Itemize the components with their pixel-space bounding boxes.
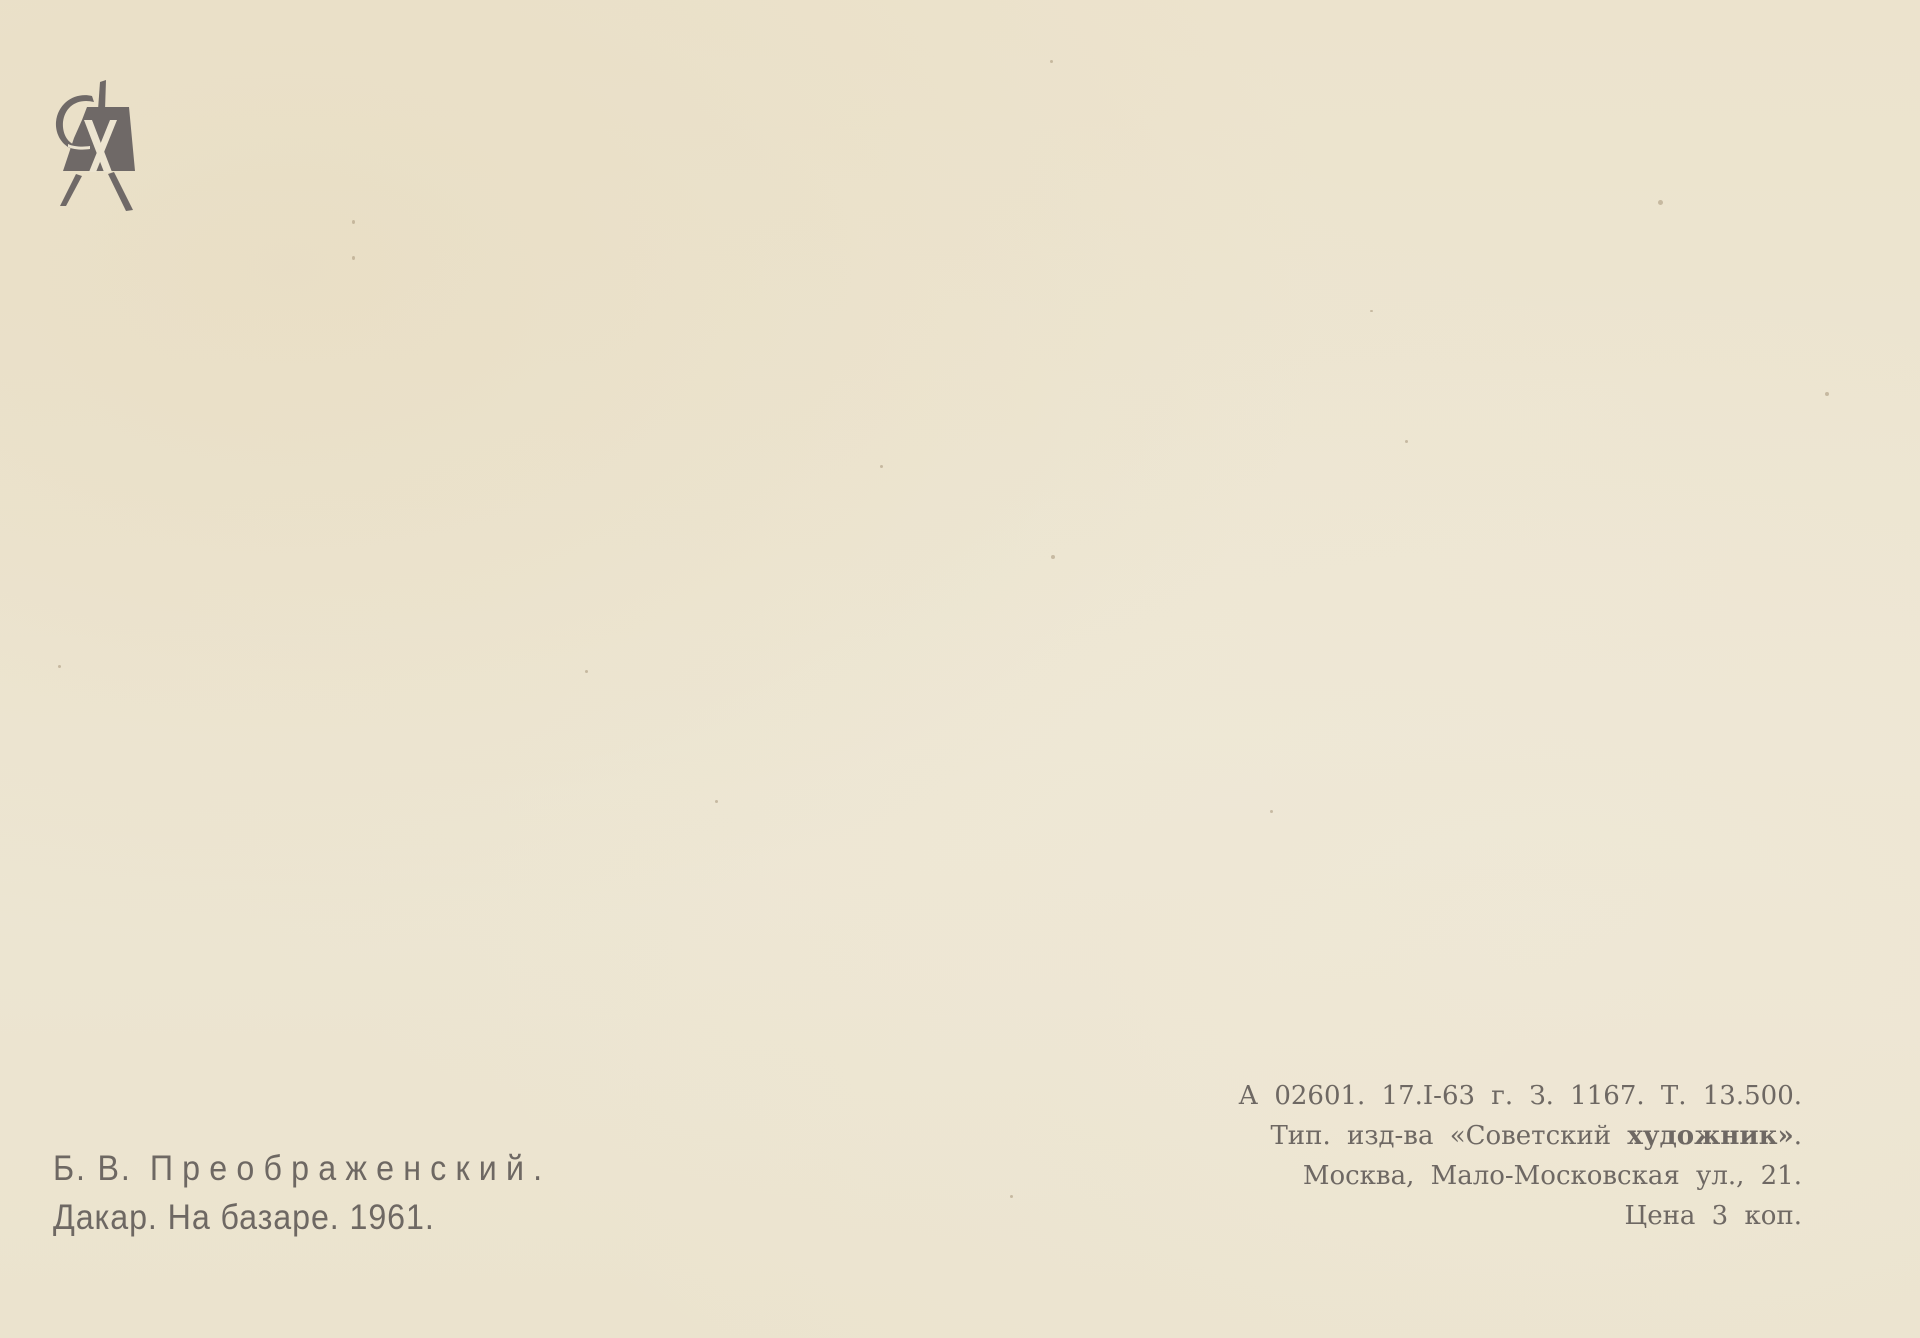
imprint-printer-bold: художник» — [1627, 1121, 1793, 1151]
artist-initials: Б. В. — [53, 1149, 132, 1188]
paper-speck — [1825, 392, 1829, 396]
artist-name: Б. В. Преображенский. — [53, 1144, 551, 1193]
imprint-catalog-line: А 02601. 17.I-63 г. З. 1167. Т. 13.500. — [1238, 1076, 1802, 1116]
paper-speck — [352, 256, 355, 260]
imprint-printer-line: Тип. изд-ва «Советский художник». — [1238, 1116, 1802, 1156]
artwork-title: Дакар. На базаре. 1961. — [53, 1193, 551, 1242]
paper-speck — [1658, 200, 1663, 205]
paper-speck — [880, 465, 883, 468]
publisher-imprint: А 02601. 17.I-63 г. З. 1167. Т. 13.500. … — [1238, 1076, 1802, 1236]
imprint-printer-prefix: Тип. изд-ва «Советский — [1270, 1121, 1627, 1151]
paper-speck — [1010, 1195, 1013, 1198]
imprint-printer-suffix: . — [1794, 1121, 1802, 1151]
imprint-address-line: Москва, Мало-Московская ул., 21. — [1238, 1156, 1802, 1196]
artwork-caption: Б. В. Преображенский. Дакар. На базаре. … — [53, 1144, 551, 1242]
imprint-price-line: Цена 3 коп. — [1238, 1196, 1802, 1236]
publisher-logo — [54, 80, 136, 212]
paper-speck — [1370, 310, 1373, 312]
paper-speck — [352, 220, 355, 224]
paper-speck — [1050, 60, 1053, 63]
paper-speck — [1405, 440, 1408, 443]
paper-speck — [1270, 810, 1273, 813]
artist-surname: Преображенский. — [150, 1149, 551, 1188]
sovetsky-khudozhnik-monogram-icon — [54, 80, 136, 212]
paper-speck — [1051, 555, 1055, 559]
paper-speck — [715, 800, 718, 803]
paper-speck — [58, 665, 61, 668]
paper-speck — [585, 670, 588, 673]
